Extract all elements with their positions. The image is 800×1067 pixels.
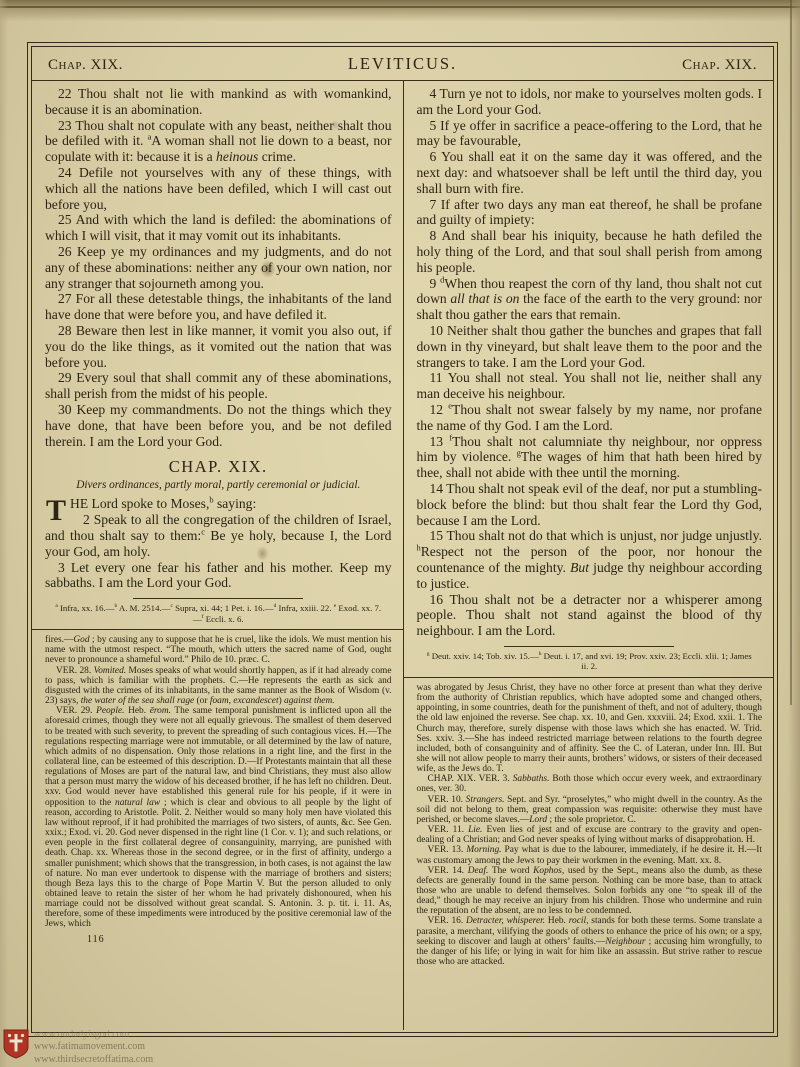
watermark: www.ourladyisgod.com www.fatimamovement.… bbox=[3, 1029, 153, 1066]
commentary-paragraph: was abrogated by Jesus Christ, they have… bbox=[417, 683, 763, 774]
verse-paragraph: 27 For all these detestable things, the … bbox=[45, 291, 392, 323]
footnote-right: g Deut. xxiv. 14; Tob. xiv. 15.—h Deut. … bbox=[417, 651, 763, 672]
commentary-paragraph: VER. 28. Vomited. Moses speaks of what w… bbox=[45, 666, 392, 707]
verse-paragraph: 16 Thou shalt not be a detracter nor a w… bbox=[417, 592, 763, 639]
commentary-right: was abrogated by Jesus Christ, they have… bbox=[417, 683, 763, 967]
verse-paragraph: 3 Let every one fear his father and his … bbox=[45, 560, 392, 592]
verse-paragraph: 28 Beware then lest in like manner, it v… bbox=[45, 323, 392, 370]
watermark-url: www.ourladyisgod.com bbox=[34, 1029, 153, 1041]
verse-paragraph: 23 Thou shalt not copulate with any beas… bbox=[45, 118, 392, 165]
left-column: 22 Thou shalt not lie with mankind as wi… bbox=[32, 81, 403, 1030]
text-columns: 22 Thou shalt not lie with mankind as wi… bbox=[32, 81, 773, 1030]
verse-paragraph: 9 dWhen thou reapest the corn of thy lan… bbox=[417, 276, 763, 323]
verse-paragraph: 25 And with which the land is defiled: t… bbox=[45, 212, 392, 244]
verse-paragraph: 11 You shall not steal. You shall not li… bbox=[417, 370, 763, 402]
scan-top-line bbox=[0, 6, 800, 8]
verse-paragraph: 6 You shall eat it on the same day it wa… bbox=[417, 149, 763, 196]
drop-cap-initial: T bbox=[45, 496, 70, 525]
verse-paragraph: 10 Neither shalt thou gather the bunches… bbox=[417, 323, 763, 370]
chapter-summary: Divers ordinances, partly moral, partly … bbox=[45, 479, 392, 492]
verse-paragraph: 24 Defile not yourselves with any of the… bbox=[45, 165, 392, 212]
watermark-urls: www.ourladyisgod.com www.fatimamovement.… bbox=[34, 1029, 153, 1066]
commentary-paragraph: VER. 16. Detracter, whisperer. Heb. roci… bbox=[417, 916, 763, 967]
commentary-paragraph: fires.—God ; by causing any to suppose t… bbox=[45, 635, 392, 665]
verse-paragraph: HE Lord spoke to Moses,b saying: bbox=[45, 496, 392, 512]
verse-paragraph: 29 Every soul that shall commit any of t… bbox=[45, 370, 392, 402]
header-chapter-right: Chap. XIX. bbox=[682, 57, 757, 74]
verse-paragraph: 5 If ye offer in sacrifice a peace-offer… bbox=[417, 118, 763, 150]
commentary-paragraph: VER. 29. People. Heb. ērom. The same tem… bbox=[45, 706, 392, 929]
verse-paragraph: 22 Thou shalt not lie with mankind as wi… bbox=[45, 86, 392, 118]
footnote-rule bbox=[133, 598, 303, 599]
commentary-paragraph: CHAP. XIX. VER. 3. Sabbaths. Both those … bbox=[417, 774, 763, 794]
verse-paragraph: 15 Thou shalt not do that which is unjus… bbox=[417, 528, 763, 591]
page-frame-inner: Chap. XIX. LEVITICUS. Chap. XIX. 22 Thou… bbox=[31, 46, 774, 1033]
commentary-left: fires.—God ; by causing any to suppose t… bbox=[45, 635, 392, 930]
crest-icon bbox=[3, 1029, 29, 1059]
watermark-url: www.fatimamovement.com bbox=[34, 1041, 153, 1053]
commentary-paragraph: VER. 10. Strangers. Sept. and Syr. “pros… bbox=[417, 795, 763, 825]
scan-right-line bbox=[790, 0, 792, 705]
header-book-title: LEVITICUS. bbox=[348, 54, 457, 74]
commentary-divider bbox=[404, 677, 774, 678]
page-header: Chap. XIX. LEVITICUS. Chap. XIX. bbox=[32, 47, 773, 81]
verse-paragraph: 7 If after two days any man eat thereof,… bbox=[417, 197, 763, 229]
page-frame: Chap. XIX. LEVITICUS. Chap. XIX. 22 Thou… bbox=[27, 42, 778, 1037]
commentary-paragraph: VER. 13. Morning. Pay what is due to the… bbox=[417, 845, 763, 865]
footnote-left: a Infra, xx. 16.—b A. M. 2514.—c Supra, … bbox=[45, 603, 392, 624]
verse-paragraph: 13 fThou shalt not calumniate thy neighb… bbox=[417, 434, 763, 481]
verse-paragraph: 30 Keep my commandments. Do not the thin… bbox=[45, 402, 392, 449]
footnote-rule bbox=[504, 646, 674, 647]
commentary-divider bbox=[32, 629, 403, 630]
commentary-paragraph: VER. 14. Deaf. The word Kophos, used by … bbox=[417, 866, 763, 917]
commentary-paragraph: VER. 11. Lie. Even lies of jest and of e… bbox=[417, 825, 763, 845]
verse-paragraph: 2 Speak to all the congregation of the c… bbox=[45, 512, 392, 559]
right-column: 4 Turn ye not to idols, nor make to your… bbox=[403, 81, 774, 1030]
verse-paragraph: 26 Keep ye my ordinances and my judgment… bbox=[45, 244, 392, 291]
verse-paragraph: 4 Turn ye not to idols, nor make to your… bbox=[417, 86, 763, 118]
chapter-heading: CHAP. XIX. bbox=[45, 457, 392, 477]
scan-left-edge bbox=[0, 0, 8, 1067]
watermark-url: www.thirdsecretoffatima.com bbox=[34, 1054, 153, 1066]
verse-paragraph: 8 And shall bear his iniquity, because h… bbox=[417, 228, 763, 275]
header-chapter-left: Chap. XIX. bbox=[48, 57, 123, 74]
verse-paragraph: 14 Thou shalt not speak evil of the deaf… bbox=[417, 481, 763, 528]
scan-top-edge bbox=[0, 0, 800, 24]
verse-paragraph: 12 eThou shalt not swear falsely by my n… bbox=[417, 402, 763, 434]
page-number: 116 bbox=[87, 934, 392, 945]
